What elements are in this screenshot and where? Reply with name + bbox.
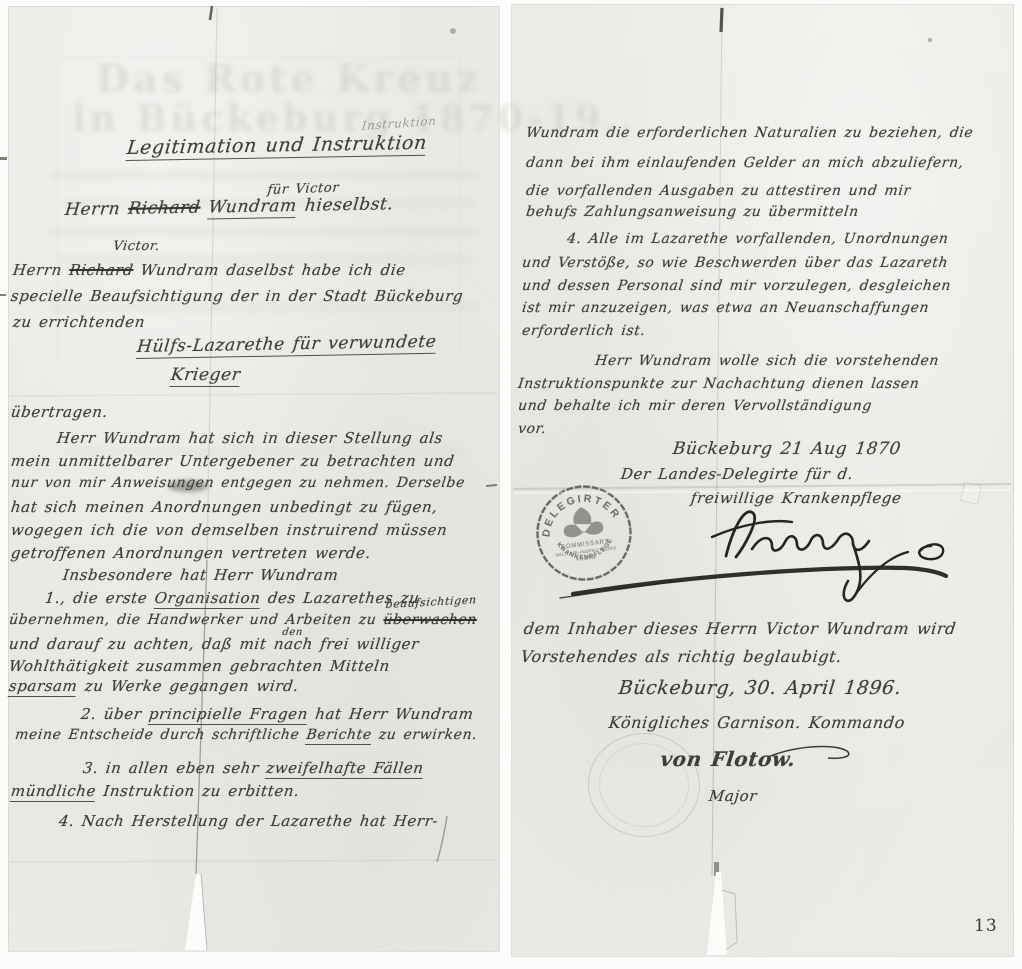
fold-crease-right bbox=[717, 6, 722, 470]
horizontal-crease-left bbox=[10, 393, 497, 396]
horizontal-crease-left-2 bbox=[10, 860, 497, 862]
tear-notch-right bbox=[707, 872, 727, 955]
fold-crease-left bbox=[207, 8, 217, 560]
page-number: 13 bbox=[974, 916, 998, 936]
flotow-flourish bbox=[768, 747, 849, 759]
fold-crease-left-lower bbox=[196, 560, 207, 874]
fold-notch-top-right bbox=[721, 8, 722, 32]
signature-terminal-loop bbox=[919, 544, 943, 559]
signature-flourish-tail bbox=[560, 581, 680, 598]
horizontal-crease-right bbox=[513, 484, 1011, 489]
scan-artifacts-overlay bbox=[0, 0, 1022, 969]
signature-letters bbox=[752, 534, 869, 551]
pencil-stroke bbox=[437, 816, 447, 862]
scanned-document: Das Rote Kreuz in Bückeburg 1870-19.. In… bbox=[0, 0, 1022, 969]
horizontal-crease-highlight bbox=[513, 490, 1011, 493]
signature-underline-flourish bbox=[573, 568, 946, 594]
edge-dash bbox=[486, 485, 497, 486]
signature-1870 bbox=[560, 512, 946, 601]
fold-crease-right-lower bbox=[712, 470, 717, 876]
signature-capital bbox=[726, 512, 755, 557]
fold-notch-top-left bbox=[210, 6, 212, 20]
